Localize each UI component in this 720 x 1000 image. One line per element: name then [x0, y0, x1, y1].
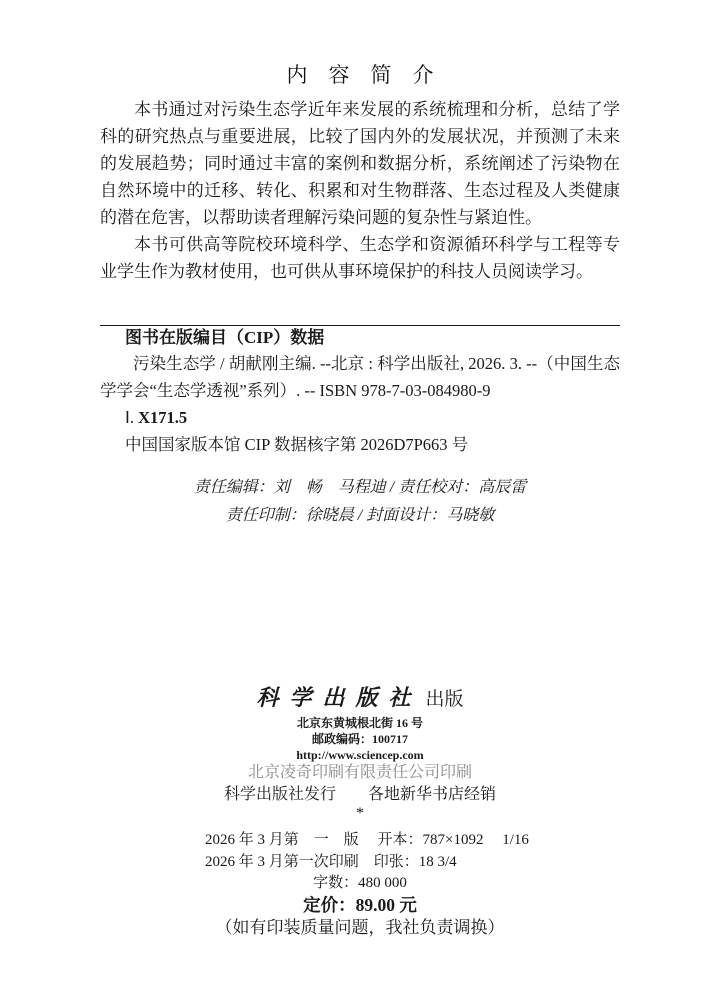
- colophon: 科学出版社 出版 北京东黄城根北街 16 号 邮政编码：100717 http:…: [100, 686, 620, 939]
- edition-line-1: 2026 年 3 月第 一 版 开本：787×1092 1/16: [205, 829, 529, 851]
- publisher-website: http://www.sciencep.com: [100, 747, 620, 763]
- cip-classification: Ⅰ. X171.5: [100, 404, 620, 431]
- intro-paragraph-2: 本书可供高等院校环境科学、生态学和资源循环科学与工程等专业学生作为教材使用，也可…: [100, 231, 620, 285]
- cip-heading: 图书在版编目（CIP）数据: [100, 326, 620, 350]
- edition-line-2: 2026 年 3 月第一次印刷 印张：18 3/4: [205, 851, 529, 873]
- cip-entry: 污染生态学 / 胡献刚主编. --北京 : 科学出版社, 2026. 3. --…: [100, 350, 620, 404]
- credits-print-design-line: 责任印制：徐晓晨 / 封面设计：马晓敏: [100, 502, 620, 530]
- cip-class-prefix: Ⅰ.: [125, 408, 138, 427]
- distribution-line: 科学出版社发行 各地新华书店经销: [100, 783, 620, 806]
- staff-credits: 责任编辑：刘 畅 马程迪 / 责任校对：高辰雷 责任印制：徐晓晨 / 封面设计：…: [100, 474, 620, 530]
- publisher-suffix: 出版: [426, 689, 464, 710]
- quality-note: （如有印装质量问题，我社负责调换）: [100, 917, 620, 939]
- edition-block: 2026 年 3 月第 一 版 开本：787×1092 1/16 2026 年 …: [205, 829, 529, 873]
- publisher-address: 北京东黄城根北街 16 号: [100, 715, 620, 731]
- separator-star: *: [100, 806, 620, 821]
- publisher-line: 科学出版社 出版: [100, 686, 620, 713]
- publisher-logo: 科学出版社: [256, 685, 421, 710]
- word-count-line: 字数：480 000: [100, 873, 620, 894]
- page-title: 内 容 简 介: [100, 0, 620, 88]
- publisher-postcode: 邮政编码：100717: [100, 731, 620, 747]
- book-copyright-page: 内 容 简 介 本书通过对污染生态学近年来发展的系统梳理和分析，总结了学科的研究…: [0, 0, 720, 1000]
- cip-record-number: 中国国家版本馆 CIP 数据核字第 2026D7P663 号: [100, 431, 620, 458]
- printer-line: 北京凌奇印刷有限责任公司印刷: [100, 763, 620, 783]
- intro-paragraph-1: 本书通过对污染生态学近年来发展的系统梳理和分析，总结了学科的研究热点与重要进展，…: [100, 96, 620, 231]
- price-line: 定价：89.00 元: [100, 894, 620, 917]
- credits-editors-line: 责任编辑：刘 畅 马程迪 / 责任校对：高辰雷: [100, 474, 620, 502]
- cip-data-block: 图书在版编目（CIP）数据 污染生态学 / 胡献刚主编. --北京 : 科学出版…: [100, 326, 620, 458]
- cip-class-code: X171.5: [138, 408, 187, 427]
